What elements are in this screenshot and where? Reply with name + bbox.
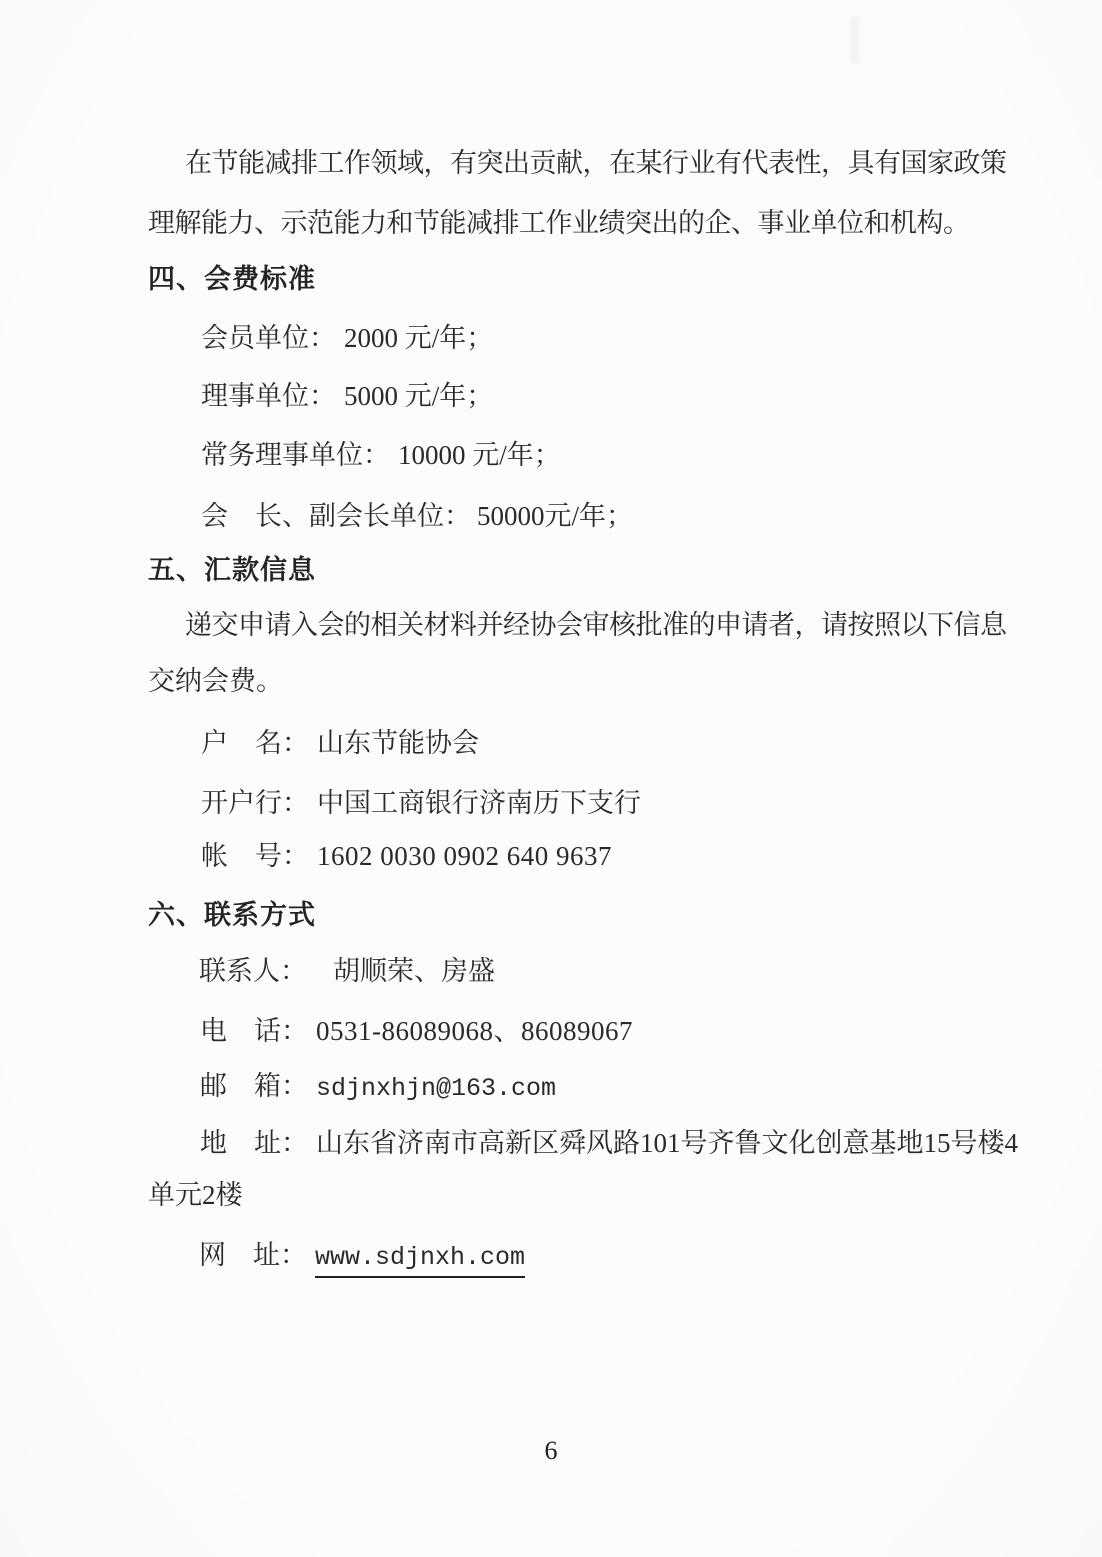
fee-value-director: 5000 元/年； [344, 379, 493, 413]
contact-address-label: 地 址： [200, 1126, 308, 1160]
fee-label-director: 理事单位： [201, 379, 336, 413]
fee-item-member: 会员单位：2000 元/年； [201, 321, 493, 355]
contact-phone-label: 电 话： [200, 1014, 308, 1048]
account-bank-label: 开户行： [201, 786, 309, 820]
account-number-value: 1602 0030 0902 640 9637 [317, 839, 612, 873]
contact-phone-value: 0531-86089068、86089067 [316, 1014, 633, 1048]
fee-value-executive-director: 10000 元/年； [398, 438, 561, 472]
contact-email-row: 邮 箱：sdjnxhjn@163.com [200, 1069, 556, 1106]
fee-item-director: 理事单位：5000 元/年； [201, 379, 493, 413]
contact-phone-row: 电 话：0531-86089068、86089067 [200, 1014, 633, 1048]
fee-value-president: 50000元/年； [477, 499, 633, 533]
remittance-note-line-1: 递交申请入会的相关材料并经协会审核批准的申请者，请按照以下信息 [185, 608, 1007, 642]
contact-website-row: 网 址：www.sdjnxh.com [199, 1238, 525, 1278]
account-bank-row: 开户行：中国工商银行济南历下支行 [201, 786, 641, 820]
account-name-label: 户 名： [201, 726, 309, 760]
fee-label-member: 会员单位： [201, 321, 336, 355]
intro-paragraph-line-2: 理解能力、示范能力和节能减排工作业绩突出的企、事业单位和机构。 [148, 206, 970, 240]
document-page: 在节能减排工作领域，有突出贡献，在某行业有代表性，具有国家政策 理解能力、示范能… [0, 0, 1102, 1557]
contact-person-row: 联系人：胡顺荣、房盛 [199, 954, 495, 988]
account-name-value: 山东节能协会 [317, 726, 479, 760]
fee-label-president: 会 长、副会长单位： [201, 499, 471, 533]
intro-paragraph-line-1: 在节能减排工作领域，有突出贡献，在某行业有代表性，具有国家政策 [185, 146, 1007, 180]
fee-label-executive-director: 常务理事单位： [201, 438, 390, 472]
fee-value-member: 2000 元/年； [344, 321, 493, 355]
remittance-note-line-2: 交纳会费。 [148, 664, 283, 698]
website-link[interactable]: www.sdjnxh.com [315, 1241, 525, 1278]
contact-email-label: 邮 箱： [200, 1069, 308, 1103]
account-number-label: 帐 号： [201, 839, 309, 873]
contact-address-line-1: 山东省济南市高新区舜风路101号齐鲁文化创意基地15号楼4 [316, 1126, 1018, 1160]
contact-person-label: 联系人： [199, 954, 307, 988]
account-bank-value: 中国工商银行济南历下支行 [317, 786, 641, 820]
section-heading-fee-standards: 四、会费标准 [148, 262, 316, 296]
contact-address-row: 地 址：山东省济南市高新区舜风路101号齐鲁文化创意基地15号楼4 [200, 1126, 1018, 1160]
section-heading-remittance: 五、汇款信息 [148, 553, 316, 587]
contact-address-line-2: 单元2楼 [148, 1178, 243, 1212]
contact-email-value: sdjnxhjn@163.com [316, 1072, 556, 1106]
contact-person-value: 胡顺荣、房盛 [333, 954, 495, 988]
section-heading-contact: 六、联系方式 [148, 898, 316, 932]
scan-artifact [851, 18, 859, 62]
page-number: 6 [0, 1436, 1102, 1466]
fee-item-executive-director: 常务理事单位：10000 元/年； [201, 438, 561, 472]
account-name-row: 户 名：山东节能协会 [201, 726, 479, 760]
contact-website-label: 网 址： [199, 1238, 307, 1272]
account-number-row: 帐 号：1602 0030 0902 640 9637 [201, 839, 612, 873]
fee-item-president: 会 长、副会长单位：50000元/年； [201, 499, 633, 533]
